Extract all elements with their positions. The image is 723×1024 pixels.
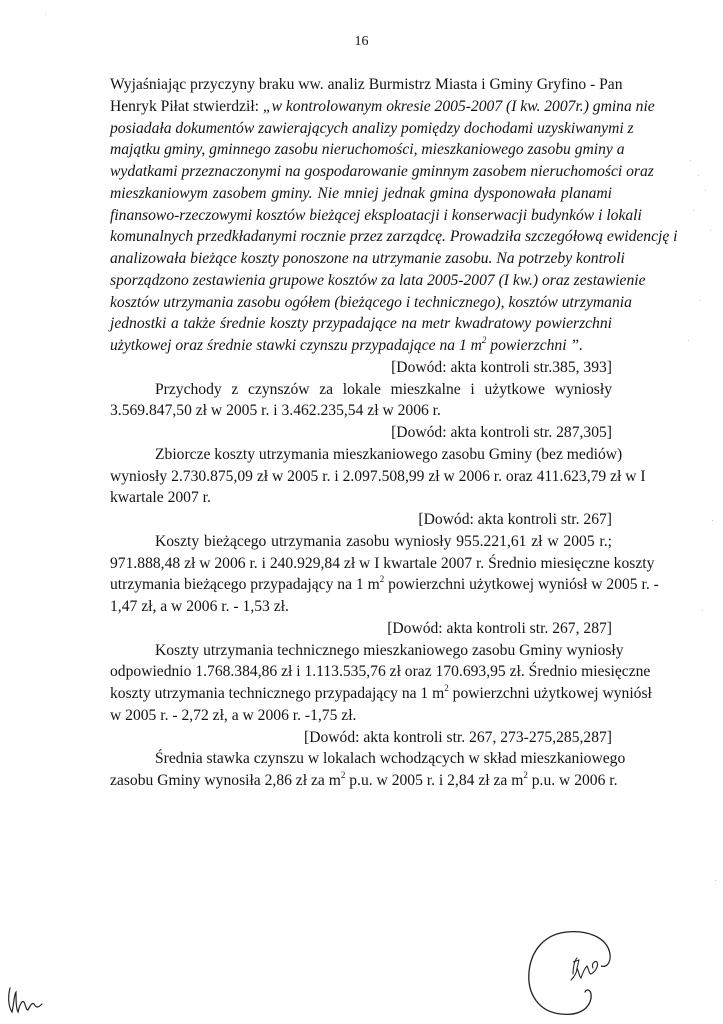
text-line: komunalnych przedkładanymi rocznie przez…	[110, 226, 612, 248]
text-line: odpowiednio 1.768.384,86 zł i 1.113.535,…	[110, 661, 612, 683]
evidence-reference: [Dowód: akta kontroli str. 267, 287]	[110, 618, 612, 640]
text-line: zasobu Gminy wynosiła 2,86 zł za m2 p.u.…	[110, 770, 612, 792]
text-line: wydatkami przeznaczonymi na gospodarowan…	[110, 161, 612, 183]
text-line: utrzymania bieżącego przypadający na 1 m…	[110, 574, 612, 596]
paragraph-current-costs: Koszty bieżącego utrzymania zasobu wynio…	[110, 531, 612, 640]
text-line: w 2005 r. - 2,72 zł, a w 2006 r. -1,75 z…	[110, 705, 612, 727]
text-line: Koszty bieżącego utrzymania zasobu wynio…	[110, 531, 612, 553]
text-line: 971.888,48 zł w 2006 r. i 240.929,84 zł …	[110, 553, 612, 575]
paragraph-average-rent: Średnia stawka czynszu w lokalach wchodz…	[110, 748, 612, 792]
quote-start: „w kontrolowanym okresie 2005-2007 (I kw…	[263, 98, 655, 115]
paragraph-rent-revenue: Przychody z czynszów za lokale mieszkaln…	[110, 379, 612, 444]
text-line: jednostki a także średnie koszty przypad…	[110, 313, 612, 335]
handwritten-initials-left	[4, 980, 54, 1016]
evidence-reference: [Dowód: akta kontroli str.385, 393]	[110, 357, 612, 379]
text-line: Przychody z czynszów za lokale mieszkaln…	[110, 379, 612, 401]
text-line: 1,47 zł, a w 2006 r. - 1,53 zł.	[110, 596, 612, 618]
text-line: Henryk Piłat stwierdził: „w kontrolowany…	[110, 96, 612, 118]
text-line: Koszty utrzymania technicznego mieszkani…	[110, 640, 612, 662]
text-line: Średnia stawka czynszu w lokalach wchodz…	[110, 748, 612, 770]
signature-right	[515, 928, 625, 1018]
text-line: kwartale 2007 r.	[110, 487, 612, 509]
evidence-reference: [Dowód: akta kontroli str. 267]	[110, 509, 612, 531]
text-line: wyniosły 2.730.875,09 zł w 2005 r. i 2.0…	[110, 466, 612, 488]
text-line: mieszkaniowym zasobem gminy. Nie mniej j…	[110, 183, 612, 205]
document-body: Wyjaśniając przyczyny braku ww. analiz B…	[110, 74, 612, 792]
text-line: majątku gminy, gminnego zasobu nieruchom…	[110, 139, 612, 161]
text-line: koszty utrzymania technicznego przypadaj…	[110, 683, 612, 705]
text-line: finansowo-rzeczowymi kosztów bieżącej ek…	[110, 205, 612, 227]
paragraph-total-costs: Zbiorcze koszty utrzymania mieszkanioweg…	[110, 444, 612, 531]
text-line: 3.569.847,50 zł w 2005 r. i 3.462.235,54…	[110, 400, 612, 422]
evidence-reference: [Dowód: akta kontroli str. 267, 273-275,…	[110, 727, 612, 749]
text-line: kosztów utrzymania zasobu ogółem (bieżąc…	[110, 292, 612, 314]
text-line: użytkowej oraz średnie stawki czynszu pr…	[110, 335, 612, 357]
text-line: sporządzono zestawienia grupowe kosztów …	[110, 270, 612, 292]
text-line: Wyjaśniając przyczyny braku ww. analiz B…	[110, 74, 612, 96]
evidence-reference: [Dowód: akta kontroli str. 287,305]	[110, 422, 612, 444]
text-line: Zbiorcze koszty utrzymania mieszkanioweg…	[110, 444, 612, 466]
paragraph-explanation: Wyjaśniając przyczyny braku ww. analiz B…	[110, 74, 612, 379]
paragraph-technical-costs: Koszty utrzymania technicznego mieszkani…	[110, 640, 612, 749]
page-number: 16	[0, 34, 723, 50]
text-line: analizowała bieżące koszty ponoszone na …	[110, 248, 612, 270]
text-line: posiadała dokumentów zawierających anali…	[110, 118, 612, 140]
